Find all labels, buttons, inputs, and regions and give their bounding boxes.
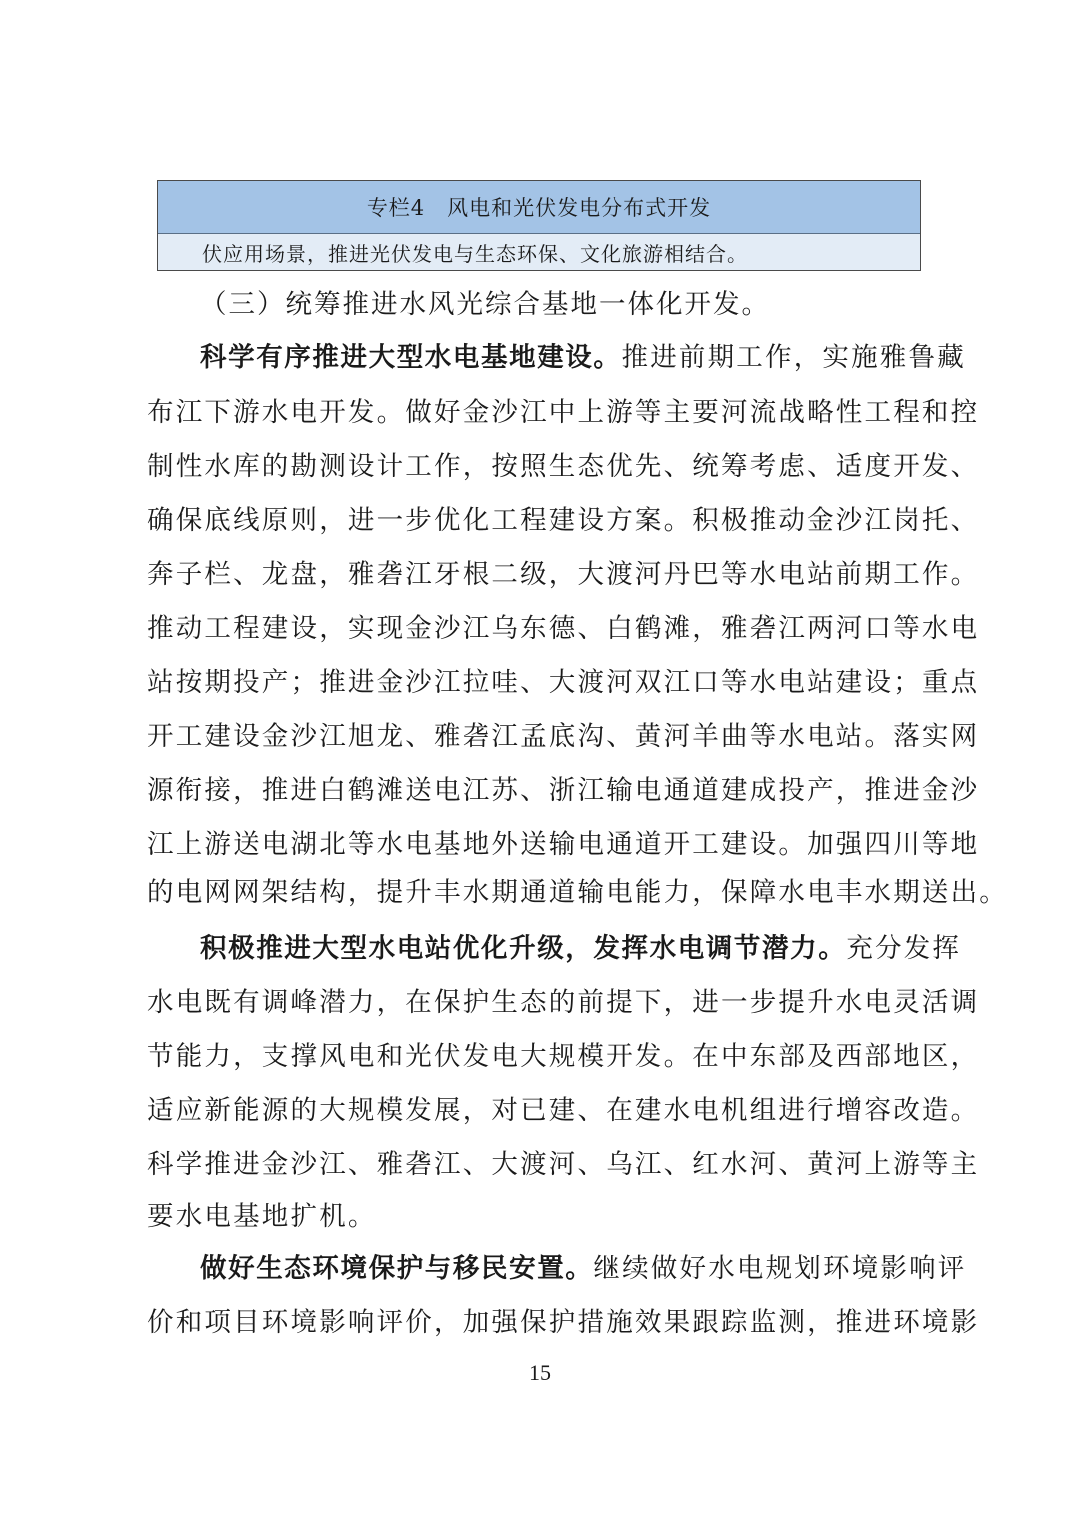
- paragraph-2-line-3: 节能力，支撑风电和光伏发电大规模开发。在中东部及西部地区，: [147, 1040, 937, 1074]
- paragraph-1-line-3: 制性水库的勘测设计工作，按照生态优先、统筹考虑、适度开发、: [147, 450, 937, 484]
- section-heading: （三）统筹推进水风光综合基地一体化开发。: [200, 288, 770, 322]
- sidebar-box-column-4: 专栏4 风电和光伏发电分布式开发 伏应用场景，推进光伏发电与生态环保、文化旅游相…: [157, 180, 921, 271]
- paragraph-2-line-4: 适应新能源的大规模发展，对已建、在建水电机组进行增容改造。: [147, 1094, 937, 1128]
- paragraph-1-line-7: 站按期投产；推进金沙江拉哇、大渡河双江口等水电站建设；重点: [147, 666, 937, 700]
- paragraph-2-line-5: 科学推进金沙江、雅砻江、大渡河、乌江、红水河、黄河上游等主: [147, 1148, 937, 1182]
- paragraph-1-line-8: 开工建设金沙江旭龙、雅砻江孟底沟、黄河羊曲等水电站。落实网: [147, 720, 937, 754]
- paragraph-2-line-2: 水电既有调峰潜力，在保护生态的前提下，进一步提升水电灵活调: [147, 986, 937, 1020]
- paragraph-3-line-2: 价和项目环境影响评价，加强保护措施效果跟踪监测，推进环境影: [147, 1306, 937, 1340]
- paragraph-3-lead: 做好生态环境保护与移民安置。: [200, 1253, 593, 1284]
- page-number: 15: [0, 1360, 1080, 1386]
- paragraph-1-line-6: 推动工程建设，实现金沙江乌东德、白鹤滩，雅砻江两河口等水电: [147, 612, 937, 646]
- paragraph-1-line-11: 的电网网架结构，提升丰水期通道输电能力，保障水电丰水期送出。: [147, 876, 937, 910]
- document-page: 专栏4 风电和光伏发电分布式开发 伏应用场景，推进光伏发电与生态环保、文化旅游相…: [0, 0, 1080, 1527]
- paragraph-1-line-1: 科学有序推进大型水电基地建设。推进前期工作，实施雅鲁藏: [200, 341, 937, 375]
- paragraph-2-lead: 积极推进大型水电站优化升级，发挥水电调节潜力。: [200, 933, 846, 964]
- sidebar-box-body: 伏应用场景，推进光伏发电与生态环保、文化旅游相结合。: [158, 234, 920, 270]
- paragraph-1-lead: 科学有序推进大型水电基地建设。: [200, 342, 622, 373]
- paragraph-1-line-9: 源衔接，推进白鹤滩送电江苏、浙江输电通道建成投产，推进金沙: [147, 774, 937, 808]
- paragraph-1-line-10: 江上游送电湖北等水电基地外送输电通道开工建设。加强四川等地: [147, 828, 937, 862]
- paragraph-1-line-2: 布江下游水电开发。做好金沙江中上游等主要河流战略性工程和控: [147, 396, 937, 430]
- paragraph-1-line-5: 奔子栏、龙盘，雅砻江牙根二级，大渡河丹巴等水电站前期工作。: [147, 558, 937, 592]
- paragraph-3-line-1: 做好生态环境保护与移民安置。继续做好水电规划环境影响评: [200, 1252, 937, 1286]
- paragraph-2-line-6: 要水电基地扩机。: [147, 1200, 937, 1234]
- sidebar-box-title: 专栏4 风电和光伏发电分布式开发: [158, 181, 920, 234]
- paragraph-1-line-4: 确保底线原则，进一步优化工程建设方案。积极推动金沙江岗托、: [147, 504, 937, 538]
- paragraph-2-line-1: 积极推进大型水电站优化升级，发挥水电调节潜力。充分发挥: [200, 932, 937, 966]
